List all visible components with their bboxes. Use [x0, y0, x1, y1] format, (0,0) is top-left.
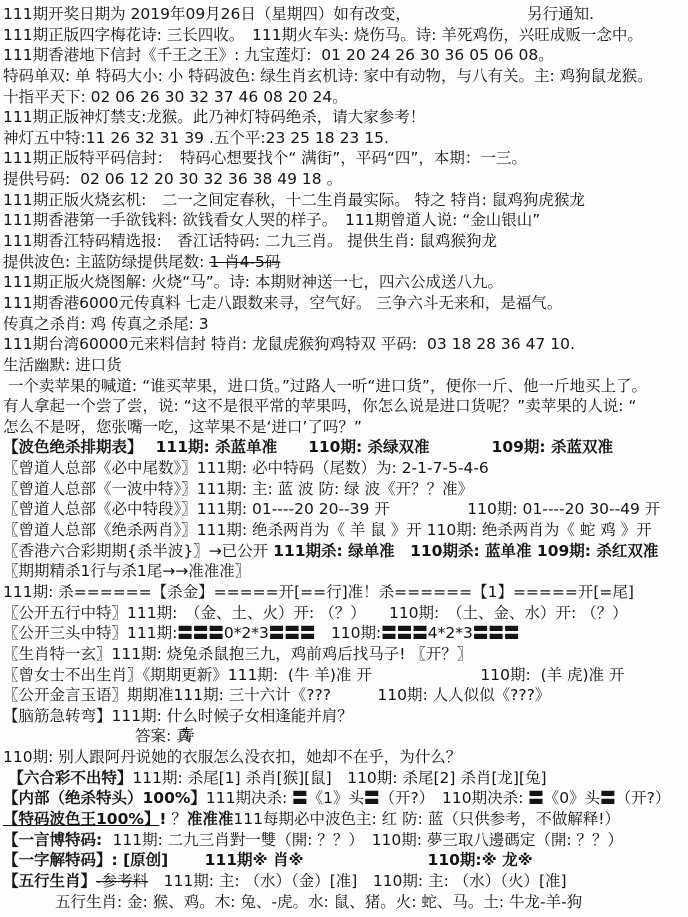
text-line: 【脑筋急转弯】111期: 什么时候子女相逢能并肩？ — [3, 706, 686, 727]
text-line: 【特码波色王100%】! ？准准准111每期必中波色主: 红 防: 蓝（只供参考… — [3, 809, 686, 830]
text-line: 生活幽默: 进口货 — [3, 355, 686, 376]
text-segment: 五行生肖: 金: 猴、鸡。木: 兔、-虎。水: 鼠、猪。火: 蛇、马。土: 牛龙… — [55, 893, 582, 911]
text-segment: 111每期必中波色主: 红 防: 蓝（只供参考，不做解释!） — [233, 810, 620, 828]
text-line: 110期: 别人跟阿丹说她的衣服怎么没衣扣，她却不在乎，为什么？ — [3, 747, 686, 768]
text-segment: 答案: — [135, 727, 176, 745]
text-segment: 【一言博特码: — [3, 831, 108, 849]
text-segment: 生活幽默: 进口货 — [3, 356, 122, 374]
text-line: 神灯五中特:11 26 32 31 39 .五个平:23 25 18 23 15… — [3, 128, 686, 149]
text-line: 〖曾道人总部《绝杀两肖》〗111期: 绝杀两肖为《 羊 鼠 》开 110期: 绝… — [3, 520, 686, 541]
text-line: 怎么不是呀，您张嘴一吃，这苹果不是‘进口’了吗？” — [3, 417, 686, 438]
text-segment: 111期: 杀======【杀金】=====开[==行]准！杀======【1】… — [3, 583, 634, 601]
text-segment: （开?） — [616, 789, 671, 807]
text-line: 111期正版神灯禁支:龙猴。此乃神灯特码绝杀，请大家参考！ — [3, 107, 686, 128]
text-line: 【六合彩不出特】111期: 杀尾[1] 杀肖[猴][鼠] 110期: 杀尾[2]… — [3, 768, 686, 789]
text-segment: 特码单双: 单 特码大小: 小 特码波色: 绿生肖玄机诗: 家中有动物，与八有关… — [3, 67, 653, 85]
text-segment: 111期香港6000元传真料 七走八跟数来寻，空气好。 三争六斗无来和，是福气。 — [3, 294, 562, 312]
text-segment: 〖曾女士不出生肖〗《期期更新》111期: (牛 羊)准 开 110期: (羊 虎… — [3, 666, 624, 684]
text-segment: 111期台湾60000元来料信封 特肖: 龙鼠虎猴狗鸡特双 平码: 03 18 … — [3, 335, 575, 353]
text-segment: 〓〓〓 — [269, 624, 316, 642]
text-segment: 〖公开五行中特〗111期: （金、土、火）开: （？） 110期: （土、金、水… — [3, 604, 628, 622]
text-segment: 【特码波色王100%】 — [3, 810, 159, 828]
text-line: 一个卖苹果的喊道: “谁买苹果，进口货。”过路人一听“进口货”，便你一斤、他一斤… — [3, 376, 686, 397]
text-segment: 111期香江特码精选报: 香江话特码: 二九三肖。 提供生肖: 鼠鸡猴狗龙 — [3, 232, 497, 250]
text-segment: 〓 — [600, 789, 616, 807]
text-segment: 有人拿起一个尝了尝，说: “这不是很平常的苹果吗，你怎么说是进口货呢？”卖苹果的… — [3, 397, 636, 415]
text-segment: 4*2*3 — [428, 624, 473, 642]
text-segment: 〓 — [292, 789, 308, 807]
text-segment: 【一字解特码】: [原创] 111期※ 肖※ 110期:※ 龙※ — [3, 851, 533, 869]
text-segment: 传真之杀肖: 鸡 传真之杀尾: 3 — [3, 315, 209, 333]
text-segment: 〖曾道人总部《必中特段》〗111期: 01----20 20--39 开 110… — [3, 500, 660, 518]
text-segment: 111期决杀: — [206, 789, 292, 807]
overlapped-answer-glyph: 真寿 — [176, 726, 192, 747]
text-segment: 〓〓〓 — [473, 624, 520, 642]
text-segment: 〖香港六合彩期期{杀半波}〗→已公开 — [3, 542, 273, 560]
text-segment: 111期香港第一手欲钱料: 欲钱看女人哭的样子。 111期曾道人说: “金山银山… — [3, 211, 540, 229]
text-line: 传真之杀肖: 鸡 传真之杀尾: 3 — [3, 314, 686, 335]
text-line: 111期开奖日期为 2019年09月26日（星期四）如有改变， 另行通知. — [3, 4, 686, 25]
text-segment: 111期正版四字梅花诗: 三长四收。 111期火车头: 烧伤马。诗: 羊死鸡伤，… — [3, 26, 643, 44]
text-segment: 111期: 二九三肖對一雙（開: ？？） 110期: 夢三取八邊碼定（開: ？？… — [108, 831, 623, 849]
overlapped-character: 寿 — [179, 726, 195, 746]
text-line: 〖曾道人总部《必中尾数》〗111期: 必中特码（尾数）为: 2-1-7-5-4-… — [3, 458, 686, 479]
text-segment: 【五行生肖】 — [3, 872, 96, 890]
text-segment: 〓 — [364, 789, 380, 807]
text-line: 提供号码: 02 06 12 20 30 32 36 38 49 18 。 — [3, 169, 686, 190]
text-segment: 提供波色: 主蓝防绿提供尾数: — [3, 253, 209, 271]
text-line: 〖香港六合彩期期{杀半波}〗→已公开 111期杀: 绿单准 110期杀: 蓝单准… — [3, 541, 686, 562]
text-segment: 十指平天下: 02 06 26 30 32 37 46 08 20 24。 — [3, 88, 348, 106]
text-segment: 〖曾道人总部《必中尾数》〗111期: 必中特码（尾数）为: 2-1-7-5-4-… — [3, 459, 489, 477]
text-segment: 《1》头 — [308, 789, 364, 807]
text-line: 111期正版火烧图解: 火烧“马”。诗: 本期财神送一七，四六公成送八九。 — [3, 272, 686, 293]
text-line: 111期台湾60000元来料信封 特肖: 龙鼠虎猴狗鸡特双 平码: 03 18 … — [3, 334, 686, 355]
text-line: 111期正版特平码信封： 特码心想要找个“ 满街”，平码“四”，本期：一三。 — [3, 148, 686, 169]
text-segment: 110期: — [315, 624, 381, 642]
text-line: 〖公开三头中特〗111期:〓〓〓0*2*3〓〓〓 110期:〓〓〓4*2*3〓〓… — [3, 623, 686, 644]
text-line: 【一字解特码】: [原创] 111期※ 肖※ 110期:※ 龙※ — [3, 850, 686, 871]
text-segment: 〓 — [528, 789, 544, 807]
text-segment: 〖曾道人总部《一波中特》〗111期: 主: 蓝 波 防: 绿 波《开？？准》 — [3, 480, 473, 498]
text-line: 有人拿起一个尝了尝，说: “这不是很平常的苹果吗，你怎么说是进口货呢？”卖苹果的… — [3, 396, 686, 417]
text-line: 特码单双: 单 特码大小: 小 特码波色: 绿生肖玄机诗: 家中有动物，与八有关… — [3, 66, 686, 87]
text-segment: 怎么不是呀，您张嘴一吃，这苹果不是‘进口’了吗？” — [3, 418, 362, 436]
text-line: 五行生肖: 金: 猴、鸡。木: 兔、-虎。水: 鼠、猪。火: 蛇、马。土: 牛龙… — [3, 892, 686, 913]
text-segment: 〖公开三头中特〗111期: — [3, 624, 177, 642]
text-line: 111期香港6000元传真料 七走八跟数来寻，空气好。 三争六斗无来和，是福气。 — [3, 293, 686, 314]
text-line: 十指平天下: 02 06 26 30 32 37 46 08 20 24。 — [3, 87, 686, 108]
text-segment: 〓〓〓 — [381, 624, 428, 642]
text-segment: 一个卖苹果的喊道: “谁买苹果，进口货。”过路人一听“进口货”，便你一斤、他一斤… — [3, 377, 647, 395]
text-line: 【一言博特码: 111期: 二九三肖對一雙（開: ？？） 110期: 夢三取八邊… — [3, 830, 686, 851]
text-segment: 0*2*3 — [224, 624, 269, 642]
text-line: 〖公开金言玉语〗期期准111期: 三十六计《??? 110期: 人人似似《???… — [3, 685, 686, 706]
text-line: 111期香港地下信封《千王之王》: 九宝莲灯: 01 20 24 26 30 3… — [3, 45, 686, 66]
text-segment: 【六合彩不出特】 — [3, 769, 132, 787]
text-line: 提供波色: 主蓝防绿提供尾数: 1 肖4-5码 — [3, 252, 686, 273]
text-segment: 〖公开金言玉语〗期期准111期: 三十六计《??? 110期: 人人似似《???… — [3, 686, 550, 704]
text-segment: 111期正版神灯禁支:龙猴。此乃神灯特码绝杀，请大家参考！ — [3, 108, 425, 126]
text-segment: 神灯五中特:11 26 32 31 39 .五个平:23 25 18 23 15… — [3, 129, 389, 147]
document-body: 111期开奖日期为 2019年09月26日（星期四）如有改变， 另行通知.111… — [0, 0, 688, 912]
text-segment: 准准准 — [187, 810, 234, 828]
text-segment: 1 肖4-5码 — [209, 253, 280, 271]
text-segment: 111期开奖日期为 2019年09月26日（星期四）如有改变， 另行通知. — [3, 5, 594, 23]
text-segment: 〖曾道人总部《绝杀两肖》〗111期: 绝杀两肖为《 羊 鼠 》开 110期: 绝… — [3, 521, 652, 539]
text-segment: 111期正版特平码信封： 特码心想要找个“ 满街”，平码“四”，本期：一三。 — [3, 149, 527, 167]
text-segment: 【脑筋急转弯】111期: 什么时候子女相逢能并肩？ — [3, 707, 353, 725]
text-segment: 111期香港地下信封《千王之王》: 九宝莲灯: 01 20 24 26 30 3… — [3, 46, 554, 64]
text-segment: 111期正版火烧玄机: 二一之间定春秋，十二生肖最实际。 特之 特肖: 鼠鸡狗虎… — [3, 191, 585, 209]
text-segment: 〖生肖特一玄〗111期: 烧兔杀鼠抱三九，鸡前鸡后找马子! 〖开？〗 — [3, 645, 472, 663]
text-line: 〖生肖特一玄〗111期: 烧兔杀鼠抱三九，鸡前鸡后找马子! 〖开？〗 — [3, 644, 686, 665]
text-line: 〖曾道人总部《必中特段》〗111期: 01----20 20--39 开 110… — [3, 499, 686, 520]
text-line: 〖期期精杀1行与杀1尾→→准准准〗 — [3, 561, 686, 582]
text-segment: 【内部（绝杀特头）100%】 — [3, 789, 206, 807]
text-line: 111期香港第一手欲钱料: 欲钱看女人哭的样子。 111期曾道人说: “金山银山… — [3, 210, 686, 231]
text-segment: 【波色绝杀排期表】 111期: 杀蓝单准 110期: 杀绿双准 109期: 杀蓝… — [3, 438, 613, 456]
text-segment: ？ — [166, 810, 186, 828]
text-line: 111期正版四字梅花诗: 三长四收。 111期火车头: 烧伤马。诗: 羊死鸡伤，… — [3, 25, 686, 46]
text-line: 〖公开五行中特〗111期: （金、土、火）开: （？） 110期: （土、金、水… — [3, 603, 686, 624]
text-line: 111期正版火烧玄机: 二一之间定春秋，十二生肖最实际。 特之 特肖: 鼠鸡狗虎… — [3, 190, 686, 211]
text-segment: 111期正版火烧图解: 火烧“马”。诗: 本期财神送一七，四六公成送八九。 — [3, 273, 503, 291]
text-line: 【五行生肖】-参考料 111期: 主: （水）（金）[准] 110期: 主: （… — [3, 871, 686, 892]
text-segment: 《0》头 — [544, 789, 600, 807]
text-line: 答案: 真寿 — [3, 726, 686, 747]
text-line: 〖曾道人总部《一波中特》〗111期: 主: 蓝 波 防: 绿 波《开？？准》 — [3, 479, 686, 500]
text-line: 111期: 杀======【杀金】=====开[==行]准！杀======【1】… — [3, 582, 686, 603]
text-line: 〖曾女士不出生肖〗《期期更新》111期: (牛 羊)准 开 110期: (羊 虎… — [3, 665, 686, 686]
text-segment: 提供号码: 02 06 12 20 30 32 36 38 49 18 。 — [3, 170, 342, 188]
text-segment: （开?） 110期决杀: — [380, 789, 529, 807]
text-segment: 111期杀: 绿单准 110期杀: 蓝单准 109期: 杀红双准 — [273, 542, 658, 560]
text-segment: -参考料 — [96, 872, 148, 890]
text-line: 【内部（绝杀特头）100%】111期决杀: 〓《1》头〓（开?） 110期决杀:… — [3, 788, 686, 809]
text-line: 【波色绝杀排期表】 111期: 杀蓝单准 110期: 杀绿双准 109期: 杀蓝… — [3, 437, 686, 458]
text-segment: 〖期期精杀1行与杀1尾→→准准准〗 — [3, 562, 250, 580]
text-segment: 110期: 别人跟阿丹说她的衣服怎么没衣扣，她却不在乎，为什么？ — [3, 748, 461, 766]
text-segment: 111期: 主: （水）（金）[准] 110期: 主: （水）（火）[准] — [148, 872, 566, 890]
text-segment: 111期: 杀尾[1] 杀肖[猴][鼠] 110期: 杀尾[2] 杀肖[龙][兔… — [132, 769, 546, 787]
text-segment: 〓〓〓 — [177, 624, 224, 642]
text-line: 111期香江特码精选报: 香江话特码: 二九三肖。 提供生肖: 鼠鸡猴狗龙 — [3, 231, 686, 252]
